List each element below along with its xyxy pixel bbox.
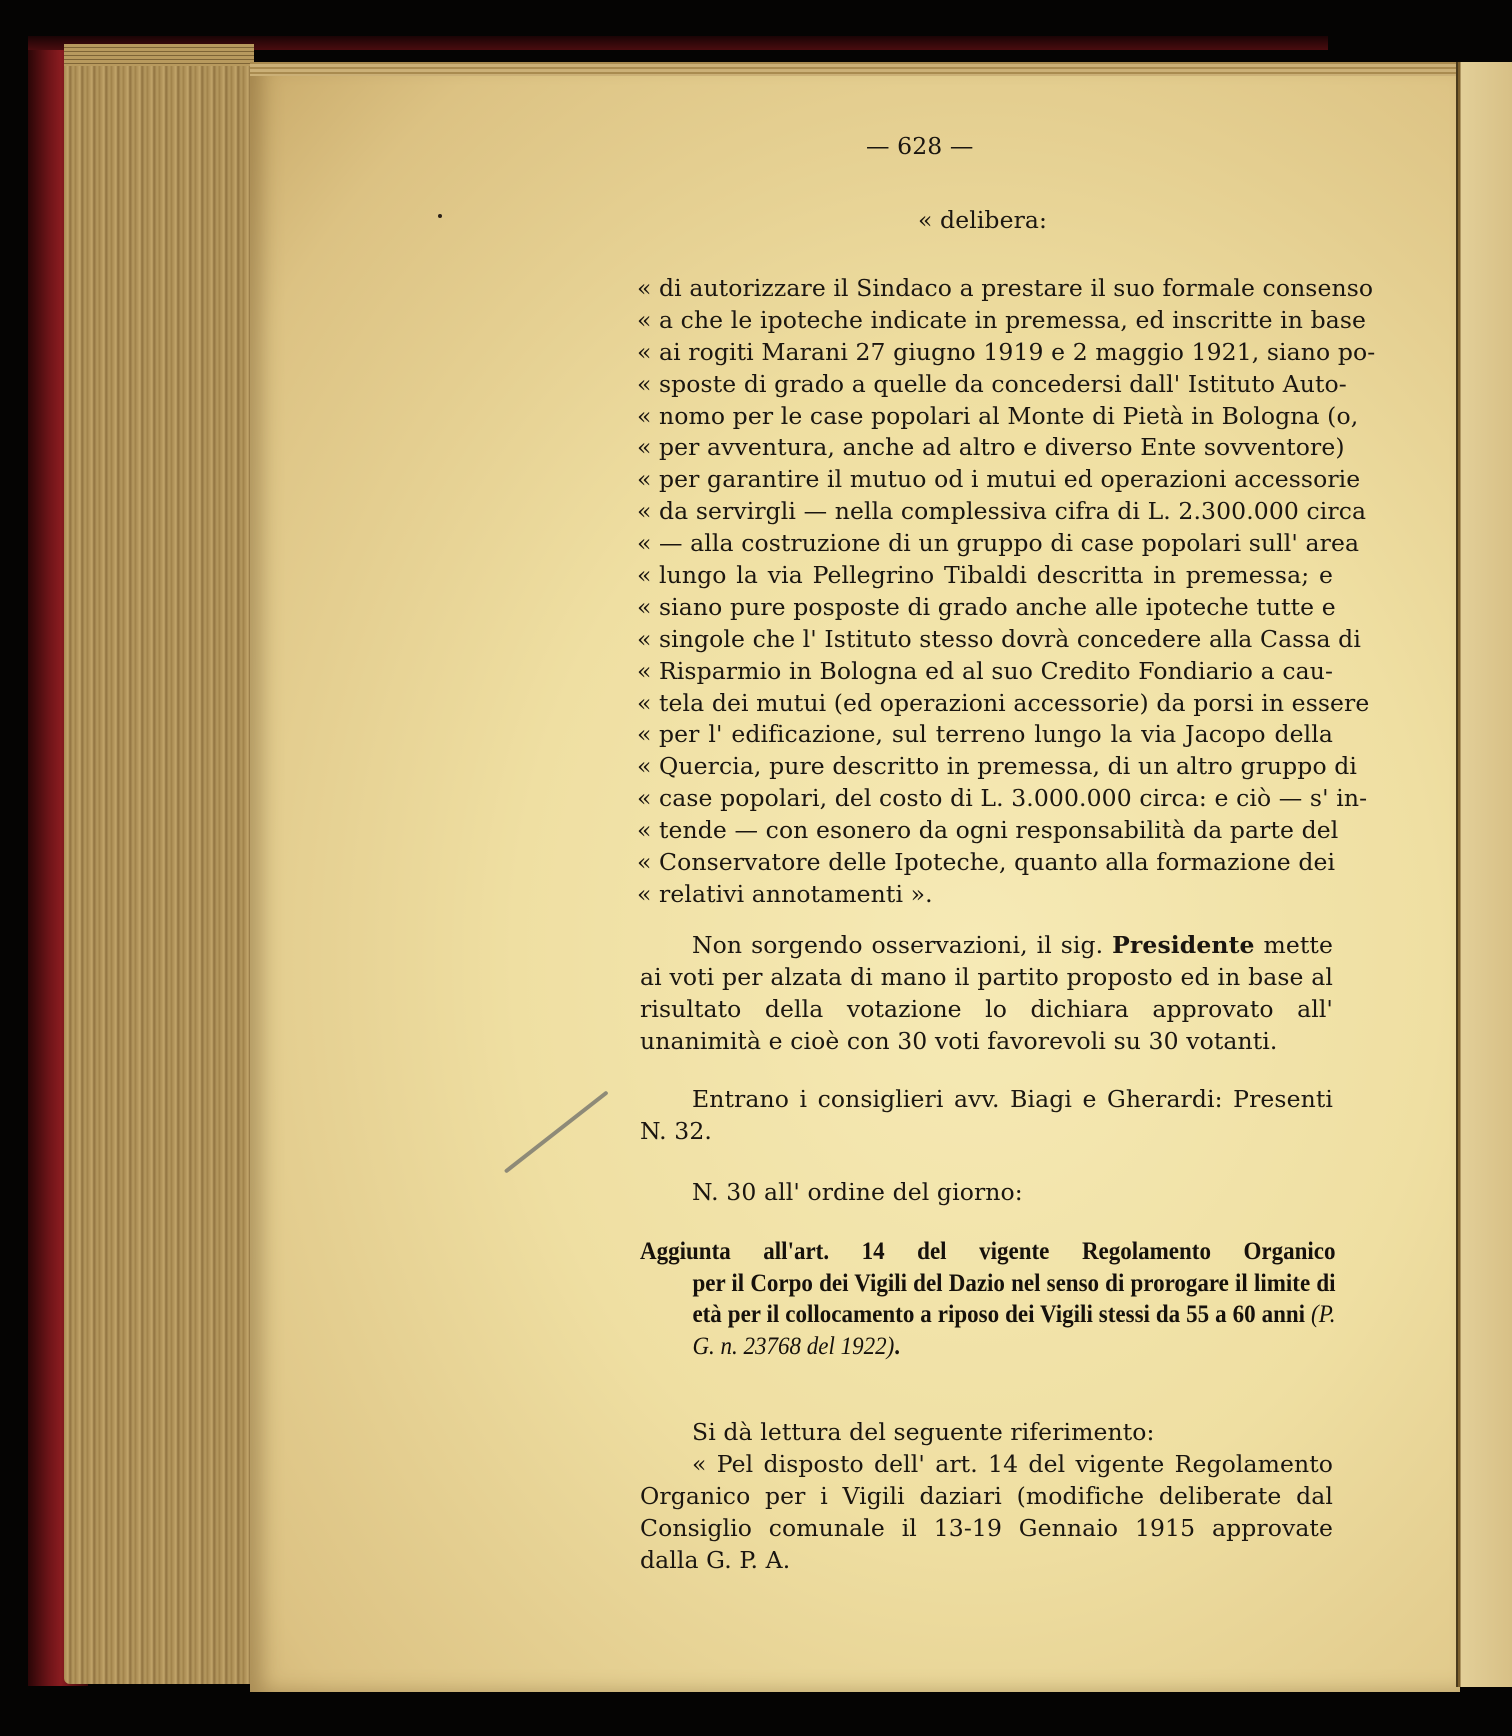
heading-continuation: per il Corpo dei Vigili del Dazio nel se…	[640, 1268, 1336, 1363]
quote-line: «Risparmio in Bologna ed al suo Credito …	[637, 656, 1333, 688]
next-page-edge	[1458, 62, 1512, 1687]
quote-line: «da servirgli — nella complessiva cifra …	[637, 496, 1333, 528]
quote-line: «tela dei mutui (ed operazioni accessori…	[637, 688, 1333, 720]
quote-line: «— alla costruzione di un gruppo di case…	[637, 528, 1333, 560]
section-heading: Aggiunta all'art. 14 del vigente Regolam…	[640, 1236, 1336, 1362]
heading-first-line: Aggiunta all'art. 14 del vigente Regolam…	[640, 1236, 1336, 1268]
entry-paragraph: Entrano i consiglieri avv. Biagi e Ghera…	[640, 1084, 1333, 1148]
quote-line: «ai rogiti Marani 27 giugno 1919 e 2 mag…	[637, 337, 1333, 369]
quote-line: «sposte di grado a quelle da concedersi …	[637, 369, 1333, 401]
quote-line: «a che le ipoteche indicate in premessa,…	[637, 305, 1333, 337]
quote-line: «singole che l' Istituto stesso dovrà co…	[637, 624, 1333, 656]
quote-line: «Quercia, pure descritto in premessa, di…	[637, 751, 1333, 783]
quote-line: «relativi annotamenti ».	[637, 879, 1333, 911]
page-stack-left	[64, 44, 254, 1684]
quote-line: «lungo la via Pellegrino Tibaldi descrit…	[637, 560, 1333, 592]
page-number-text: — 628 —	[866, 131, 974, 163]
page-top-edges	[250, 62, 1460, 76]
quote-line: «nomo per le case popolari al Monte di P…	[637, 401, 1333, 433]
reading-intro: Si dà lettura del seguente riferimento:	[640, 1417, 1333, 1449]
vote-paragraph: Non sorgendo osservazioni, il sig. Presi…	[640, 930, 1333, 1058]
quote-line: «per garantire il mutuo od i mutui ed op…	[637, 464, 1333, 496]
quote-line: «di autorizzare il Sindaco a prestare il…	[637, 273, 1333, 305]
deliberation-quote: «di autorizzare il Sindaco a prestare il…	[637, 273, 1333, 911]
page-fold-line	[1456, 62, 1458, 1687]
quote-line: «case popolari, del costo di L. 3.000.00…	[637, 783, 1333, 815]
quote-line: «Conservatore delle Ipoteche, quanto all…	[637, 847, 1333, 879]
president-label: Presidente	[1112, 931, 1254, 959]
agenda-item: N. 30 all' ordine del giorno:	[640, 1177, 1333, 1209]
ink-speck	[438, 214, 442, 218]
quote-line: «tende — con esonero da ogni responsabil…	[637, 815, 1333, 847]
reading-text: « Pel disposto dell' art. 14 del vigente…	[640, 1449, 1333, 1577]
page-stack-top	[64, 44, 254, 66]
quote-line: «per avventura, anche ad altro e diverso…	[637, 432, 1333, 464]
deliberation-header: « delibera:	[918, 205, 1047, 237]
reading-section: Si dà lettura del seguente riferimento: …	[640, 1417, 1333, 1577]
quote-line: «siano pure posposte di grado anche alle…	[637, 592, 1333, 624]
quote-line: «per l' edificazione, sul terreno lungo …	[637, 719, 1333, 751]
